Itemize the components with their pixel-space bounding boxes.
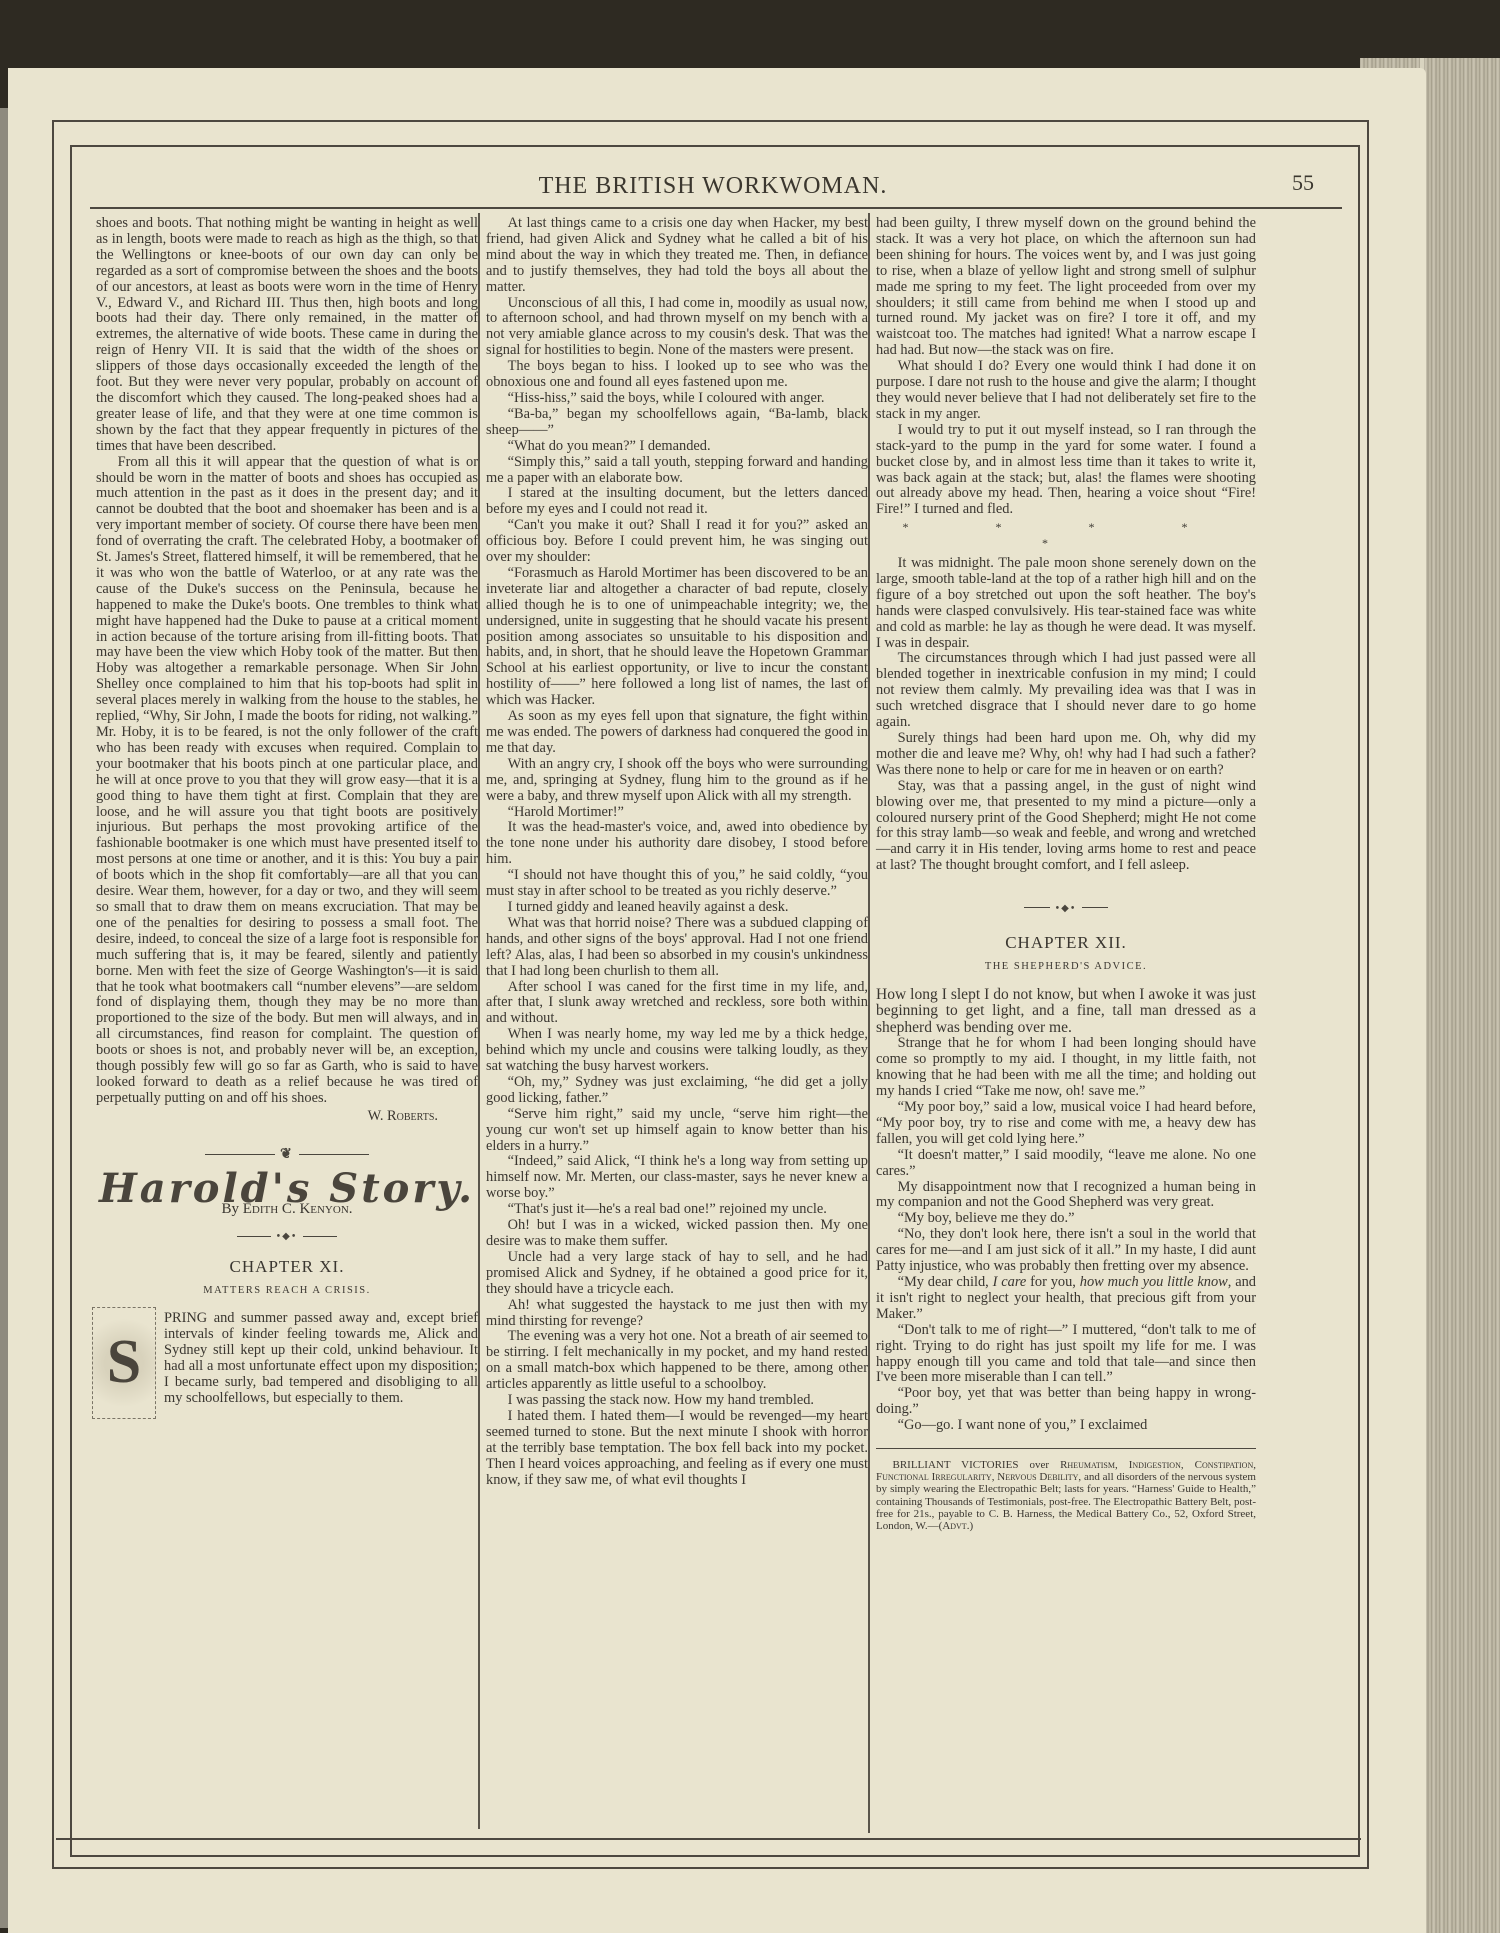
chapter-xi-opening: S PRING and summer passed away and, exce… xyxy=(96,1311,478,1406)
italic-run: I care xyxy=(993,1274,1027,1290)
advert-lead: BRILLIANT VICTORIES xyxy=(893,1459,1019,1471)
divider-line xyxy=(237,1236,271,1237)
story-paragraph: Stay, was that a passing angel, in the g… xyxy=(876,779,1256,874)
author-signature: W. Roberts. xyxy=(96,1109,478,1125)
story-paragraph: I hated them. I hated them—I would be re… xyxy=(486,1409,868,1489)
story-paragraph: “My dear child, I care for you, how much… xyxy=(876,1275,1256,1323)
story-paragraph: With an angry cry, I shook off the boys … xyxy=(486,757,868,805)
story-paragraph: Oh! but I was in a wicked, wicked passio… xyxy=(486,1218,868,1250)
divider-line xyxy=(303,1236,337,1237)
story-paragraph: “Can't you make it out? Shall I read it … xyxy=(486,518,868,566)
story-paragraph: “Oh, my,” Sydney was just exclaiming, “h… xyxy=(486,1075,868,1107)
column-3: had been guilty, I threw myself down on … xyxy=(876,216,1256,1532)
italic-run: how much you little know xyxy=(1080,1274,1228,1290)
story-paragraph: The circumstances through which I had ju… xyxy=(876,651,1256,731)
column-divider-2 xyxy=(868,213,870,1833)
page-number: 55 xyxy=(1292,170,1314,196)
text-run: over xyxy=(1018,1459,1060,1471)
ornament-divider: ❦ xyxy=(96,1147,478,1163)
story-paragraph: “Hiss-hiss,” said the boys, while I colo… xyxy=(486,391,868,407)
story-paragraph: Surely things had been hard upon me. Oh,… xyxy=(876,731,1256,779)
story-paragraph: had been guilty, I threw myself down on … xyxy=(876,216,1256,359)
author-name: Edith C. Kenyon. xyxy=(243,1201,353,1217)
story-paragraph: I would try to put it out myself instead… xyxy=(876,423,1256,518)
small-divider: •◆• xyxy=(96,1228,478,1245)
dropcap-initial: S xyxy=(92,1307,156,1419)
story-paragraph: After school I was caned for the first t… xyxy=(486,980,868,1028)
story-paragraph: The boys began to hiss. I looked up to s… xyxy=(486,359,868,391)
boots-paragraph-1: shoes and boots. That nothing might be w… xyxy=(96,216,478,455)
column-divider-1 xyxy=(478,213,480,1829)
story-paragraph: “Poor boy, yet that was better than bein… xyxy=(876,1386,1256,1418)
chapter-xi-heading: CHAPTER XI. xyxy=(96,1259,478,1275)
advert-rule xyxy=(876,1448,1256,1449)
story-paragraph: Strange that he for whom I had been long… xyxy=(876,1036,1256,1100)
story-paragraph: “No, they don't look here, there isn't a… xyxy=(876,1227,1256,1275)
text-run: for you, xyxy=(1026,1274,1079,1290)
story-paragraph: I stared at the insulting document, but … xyxy=(486,486,868,518)
story-paragraph: “My boy, believe me they do.” xyxy=(876,1211,1256,1227)
section-break-asterisks: * * * * * xyxy=(876,520,1256,552)
story-paragraph: Ah! what suggested the haystack to me ju… xyxy=(486,1298,868,1330)
byline-prefix: By xyxy=(221,1201,239,1217)
story-paragraph: “Indeed,” said Alick, “I think he's a lo… xyxy=(486,1154,868,1202)
chapter-xi-subtitle: MATTERS REACH A CRISIS. xyxy=(96,1283,478,1299)
story-paragraph: “That's just it—he's a real bad one!” re… xyxy=(486,1202,868,1218)
chapter-xii-heading: CHAPTER XII. xyxy=(876,935,1256,951)
story-paragraph: I was passing the stack now. How my hand… xyxy=(486,1393,868,1409)
divider-line xyxy=(1082,907,1108,908)
divider-line xyxy=(205,1154,275,1155)
story-paragraph: “My poor boy,” said a low, musical voice… xyxy=(876,1100,1256,1148)
story-paragraph: “Simply this,” said a tall youth, steppi… xyxy=(486,455,868,487)
story-paragraph: “Serve him right,” said my uncle, “serve… xyxy=(486,1107,868,1155)
diamond-icon: •◆• xyxy=(277,1231,298,1242)
bottom-rule xyxy=(56,1838,1361,1840)
story-paragraph: As soon as my eyes fell upon that signat… xyxy=(486,709,868,757)
text-run: ) xyxy=(969,1520,973,1532)
boots-paragraph-2: From all this it will appear that the qu… xyxy=(96,455,478,1107)
story-paragraph: “Harold Mortimer!” xyxy=(486,805,868,821)
story-paragraph: When I was nearly home, my way led me by… xyxy=(486,1027,868,1075)
header-rule xyxy=(90,207,1342,209)
advert-tag: Advt. xyxy=(942,1520,969,1532)
story-paragraph: My disappointment now that I recognized … xyxy=(876,1180,1256,1212)
story-paragraph: “Forasmuch as Harold Mortimer has been d… xyxy=(486,566,868,709)
small-divider: •◆• xyxy=(876,900,1256,917)
story-paragraph: Unconscious of all this, I had come in, … xyxy=(486,296,868,360)
story-paragraph: “What do you mean?” I demanded. xyxy=(486,439,868,455)
chapter-xii-subtitle: THE SHEPHERD'S ADVICE. xyxy=(876,959,1256,975)
diamond-icon: •◆• xyxy=(1056,903,1077,914)
story-paragraph: At last things came to a crisis one day … xyxy=(486,216,868,296)
story-paragraph: It was the head-master's voice, and, awe… xyxy=(486,820,868,868)
story-paragraph: The evening was a very hot one. Not a br… xyxy=(486,1329,868,1393)
story-paragraph: “Ba-ba,” began my schoolfellows again, “… xyxy=(486,407,868,439)
column-2: At last things came to a crisis one day … xyxy=(486,216,868,1489)
chapter-xii-first-paragraph: How long I slept I do not know, but when… xyxy=(876,987,1256,1037)
fleuron-icon: ❦ xyxy=(280,1147,294,1162)
story-paragraph: What should I do? Every one would think … xyxy=(876,359,1256,423)
story-paragraph: What was that horrid noise? There was a … xyxy=(486,916,868,980)
advertisement: BRILLIANT VICTORIES over Rheumatism, Ind… xyxy=(876,1459,1256,1532)
story-title: Harold's Story. xyxy=(96,1181,478,1197)
story-paragraph: I turned giddy and leaned heavily agains… xyxy=(486,900,868,916)
masthead-title: THE BRITISH WORKWOMAN. xyxy=(70,173,1356,203)
divider-line xyxy=(299,1154,369,1155)
story-paragraph: “Don't talk to me of right—” I muttered,… xyxy=(876,1323,1256,1387)
story-paragraph: It was midnight. The pale moon shone ser… xyxy=(876,556,1256,651)
story-paragraph: Uncle had a very large stack of hay to s… xyxy=(486,1250,868,1298)
story-paragraph: “It doesn't matter,” I said moodily, “le… xyxy=(876,1148,1256,1180)
divider-line xyxy=(1024,907,1050,908)
story-paragraph: “Go—go. I want none of you,” I exclaimed xyxy=(876,1418,1256,1434)
column-1: shoes and boots. That nothing might be w… xyxy=(96,216,478,1419)
text-run: “My dear child, xyxy=(898,1274,993,1290)
story-paragraph: “I should not have thought this of you,”… xyxy=(486,868,868,900)
